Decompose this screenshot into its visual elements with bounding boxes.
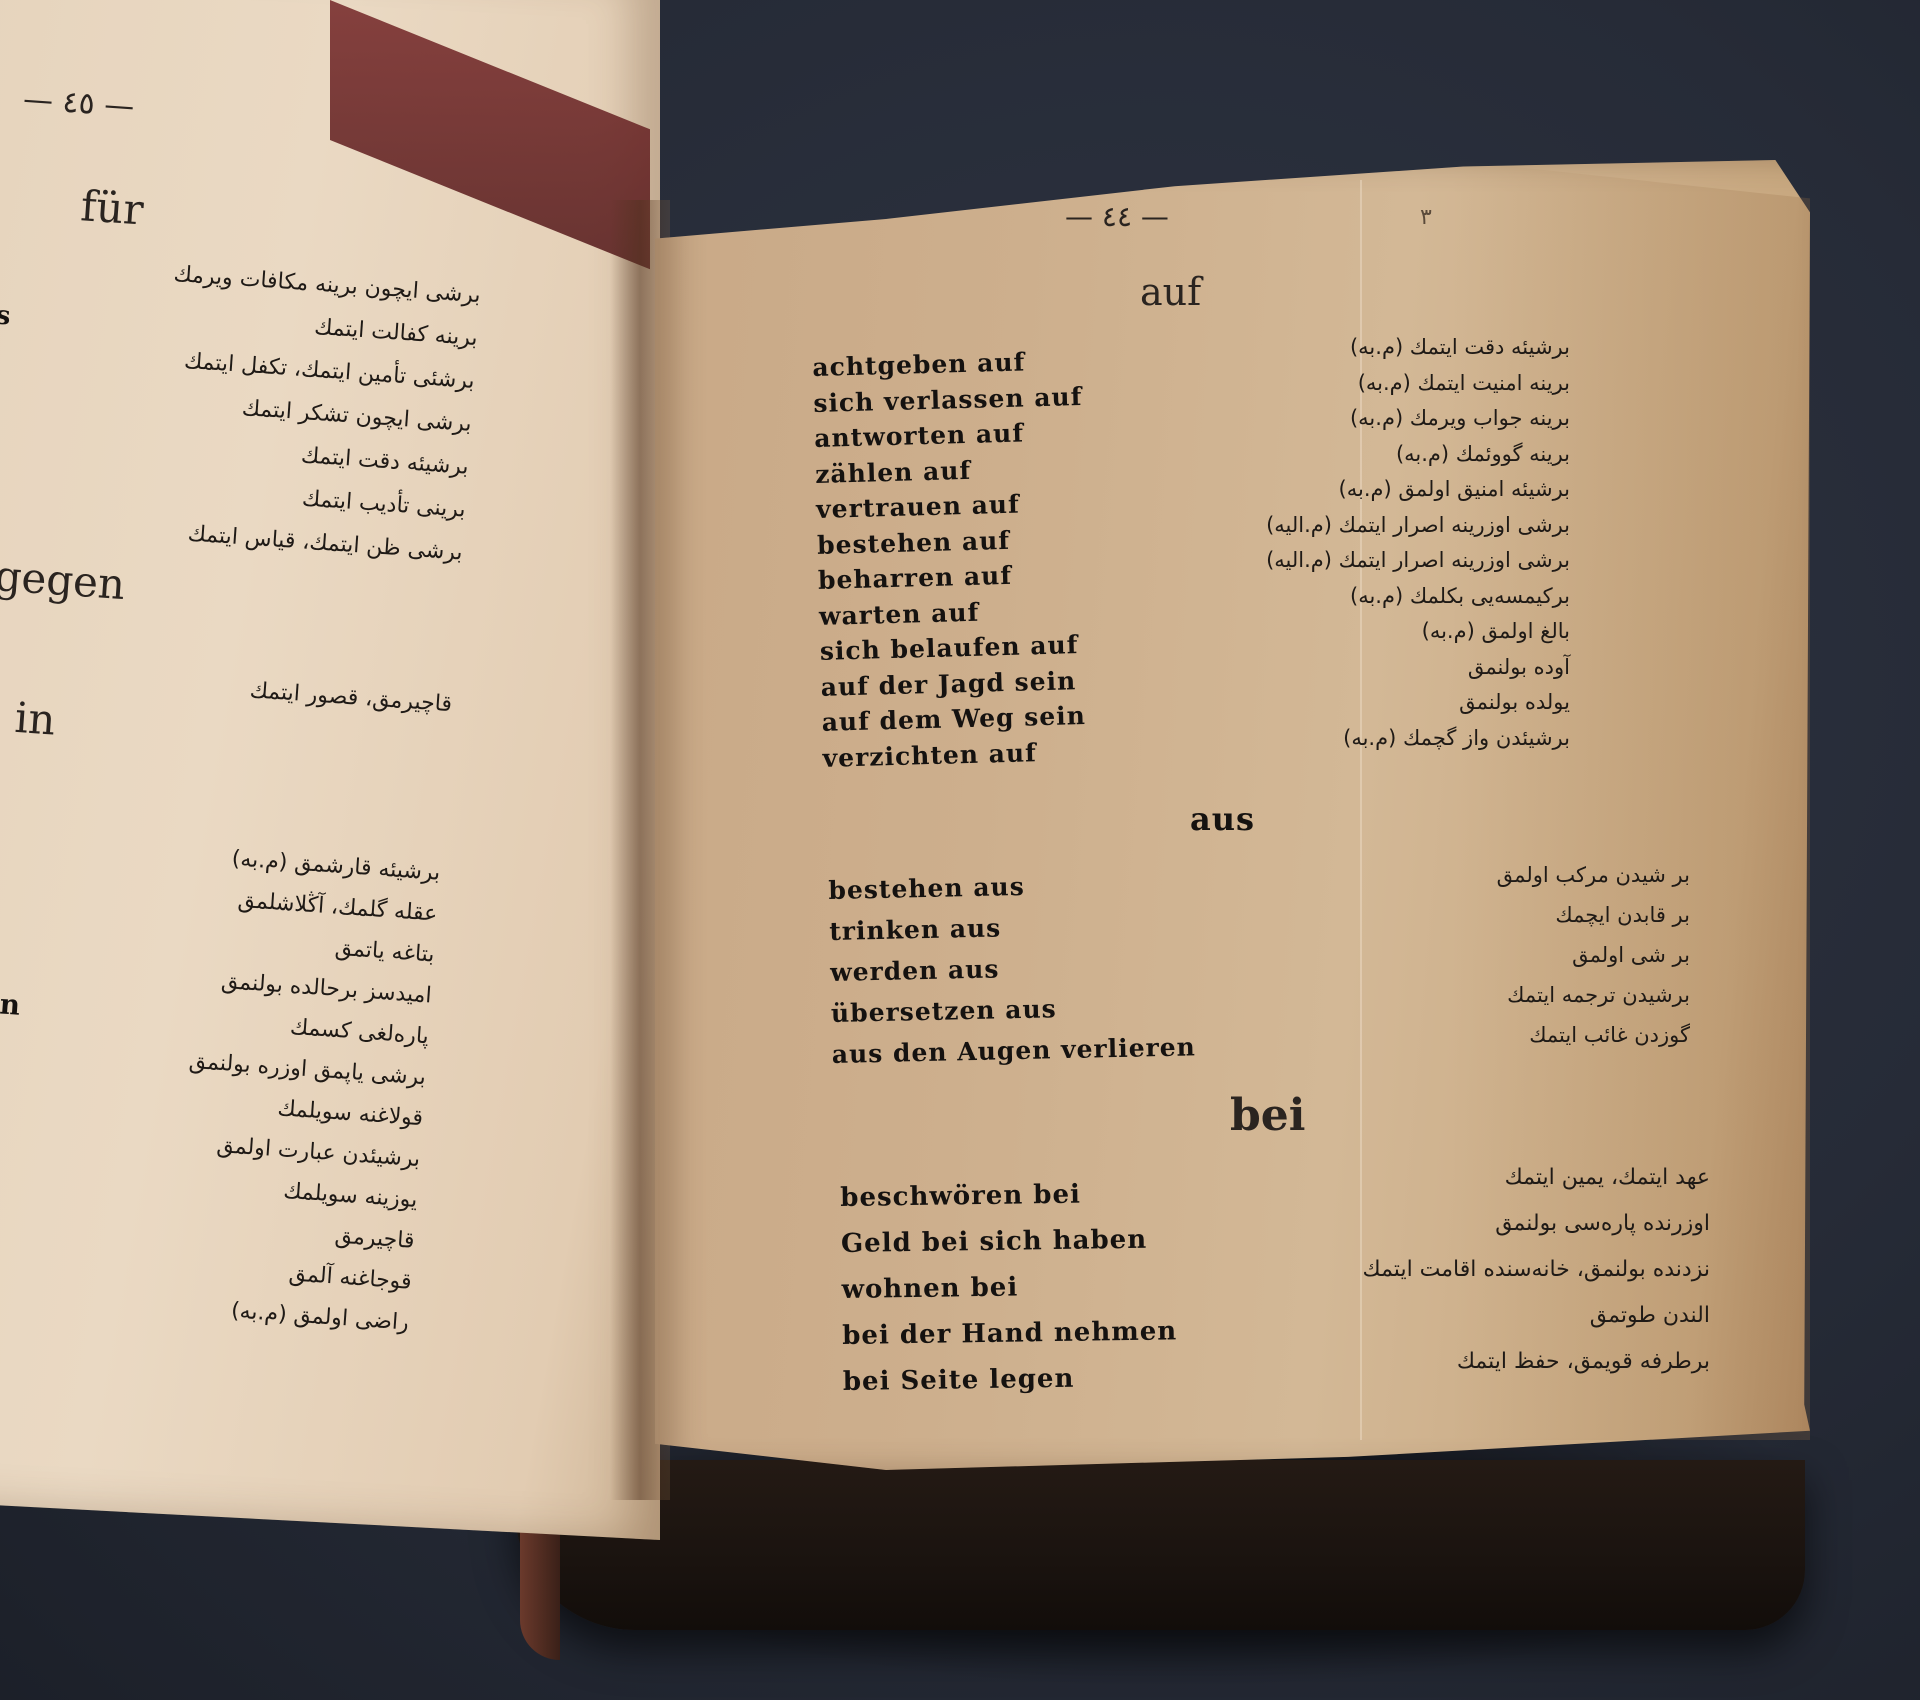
right-page-number: — ٤٤ — <box>1065 200 1169 233</box>
ottoman-translation: بالغ اولمق (م.به) <box>1150 614 1570 650</box>
margin-partial-word: eiden <box>0 983 22 1022</box>
heading-aus: aus <box>1190 800 1255 838</box>
ottoman-translation: برینه جواب ویرمك (م.به) <box>1150 401 1570 437</box>
auf-ottoman-list: برشیئه دقت ایتمك (م.به) برینه امنیت ایتم… <box>1150 330 1570 756</box>
ottoman-translation: برکیمسه‌یی بکلمك (م.به) <box>1150 579 1570 615</box>
ottoman-translation: بر شیدن مرکب اولمق <box>1300 855 1690 895</box>
ottoman-translation: برشی اوزرینه اصرار ایتمك (م.الیه) <box>1150 543 1570 579</box>
heading-fur: für <box>79 181 145 234</box>
heading-auf: auf <box>1140 270 1201 314</box>
german-phrase: sich verlassen auf <box>813 378 1083 421</box>
german-phrase: wohnen bei <box>841 1262 1177 1313</box>
auf-german-list: achtgeben auf sich verlassen auf antwort… <box>812 343 1092 776</box>
heading-bei: bei <box>1230 1090 1305 1141</box>
german-phrase: bei der Hand nehmen <box>842 1308 1178 1359</box>
ottoman-translation: برطرفه قویمق، حفظ ایتمك <box>1230 1339 1710 1385</box>
german-phrase: verzichten auf <box>822 733 1092 776</box>
list-item: قاچیرمق، قصور ایتمك <box>71 657 453 726</box>
ottoman-translation: برشیئه دقت ایتمك (م.به) <box>1150 330 1570 366</box>
left-page-number: — ٤٥ — <box>22 82 135 125</box>
ottoman-translation: برینه گووئمك (م.به) <box>1150 437 1570 473</box>
german-phrase: beschwören bei <box>840 1170 1176 1221</box>
german-phrase: auf dem Weg sein <box>821 698 1091 741</box>
aus-ottoman-list: بر شیدن مرکب اولمق بر قابدن ایچمك بر شی … <box>1300 855 1690 1055</box>
ottoman-translation: برشیئه امنیق اولمق (م.به) <box>1150 472 1570 508</box>
book-page-block <box>515 1460 1805 1630</box>
bei-german-list: beschwören bei Geld bei sich haben wohne… <box>840 1170 1178 1405</box>
ottoman-translation: اوزرنده پاره‌سی بولنمق <box>1230 1201 1710 1247</box>
corner-mark: ٣ <box>1420 205 1432 230</box>
ottoman-translation: بر شی اولمق <box>1300 935 1690 975</box>
ottoman-translation: برشیئدن واز گچمك (م.به) <box>1150 721 1570 757</box>
german-phrase: bei Seite legen <box>843 1354 1179 1405</box>
bei-ottoman-list: عهد ایتمك، یمین ایتمك اوزرنده پاره‌سی بو… <box>1230 1155 1710 1385</box>
ottoman-translation: برینه امنیت ایتمك (م.به) <box>1150 366 1570 402</box>
ottoman-translation: برشیدن ترجمه ایتمك <box>1300 975 1690 1015</box>
ottoman-translation: یولده بولنمق <box>1150 685 1570 721</box>
aus-german-list: bestehen aus trinken aus werden aus über… <box>828 862 1196 1075</box>
ottoman-translation: برشی اوزرینه اصرار ایتمك (م.الیه) <box>1150 508 1570 544</box>
margin-partial-word: as <box>0 299 12 331</box>
german-phrase: Geld bei sich haben <box>841 1216 1177 1267</box>
ottoman-translation: نزدنده بولنمق، خانه‌سنده اقامت ایتمك <box>1230 1247 1710 1293</box>
ottoman-translation: الندن طوتمق <box>1230 1293 1710 1339</box>
ottoman-translation: بر قابدن ایچمك <box>1300 895 1690 935</box>
in-translations: برشیئه قارشمق (م.به) عقله گلمك، آڭلاشلمق… <box>28 826 441 1343</box>
left-page-text: — ٤٥ — für as برشی ایچون برینه مکافات وی… <box>0 0 618 1490</box>
gegen-translations: قاچیرمق، قصور ایتمك <box>71 657 453 726</box>
ottoman-translation: گوزدن غائب ایتمك <box>1300 1015 1690 1055</box>
ottoman-translation: آوده بولنمق <box>1150 650 1570 686</box>
heading-gegen: gegen <box>0 551 127 609</box>
german-phrase: aus den Augen verlieren <box>831 1026 1196 1075</box>
ottoman-translation: عهد ایتمك، یمین ایتمك <box>1230 1155 1710 1201</box>
heading-in: in <box>13 693 57 745</box>
photo-scene: — ٤٥ — für as برشی ایچون برینه مکافات وی… <box>0 0 1920 1700</box>
fur-translations: برشی ایچون برینه مکافات ویرمك برینه کفال… <box>82 248 482 575</box>
